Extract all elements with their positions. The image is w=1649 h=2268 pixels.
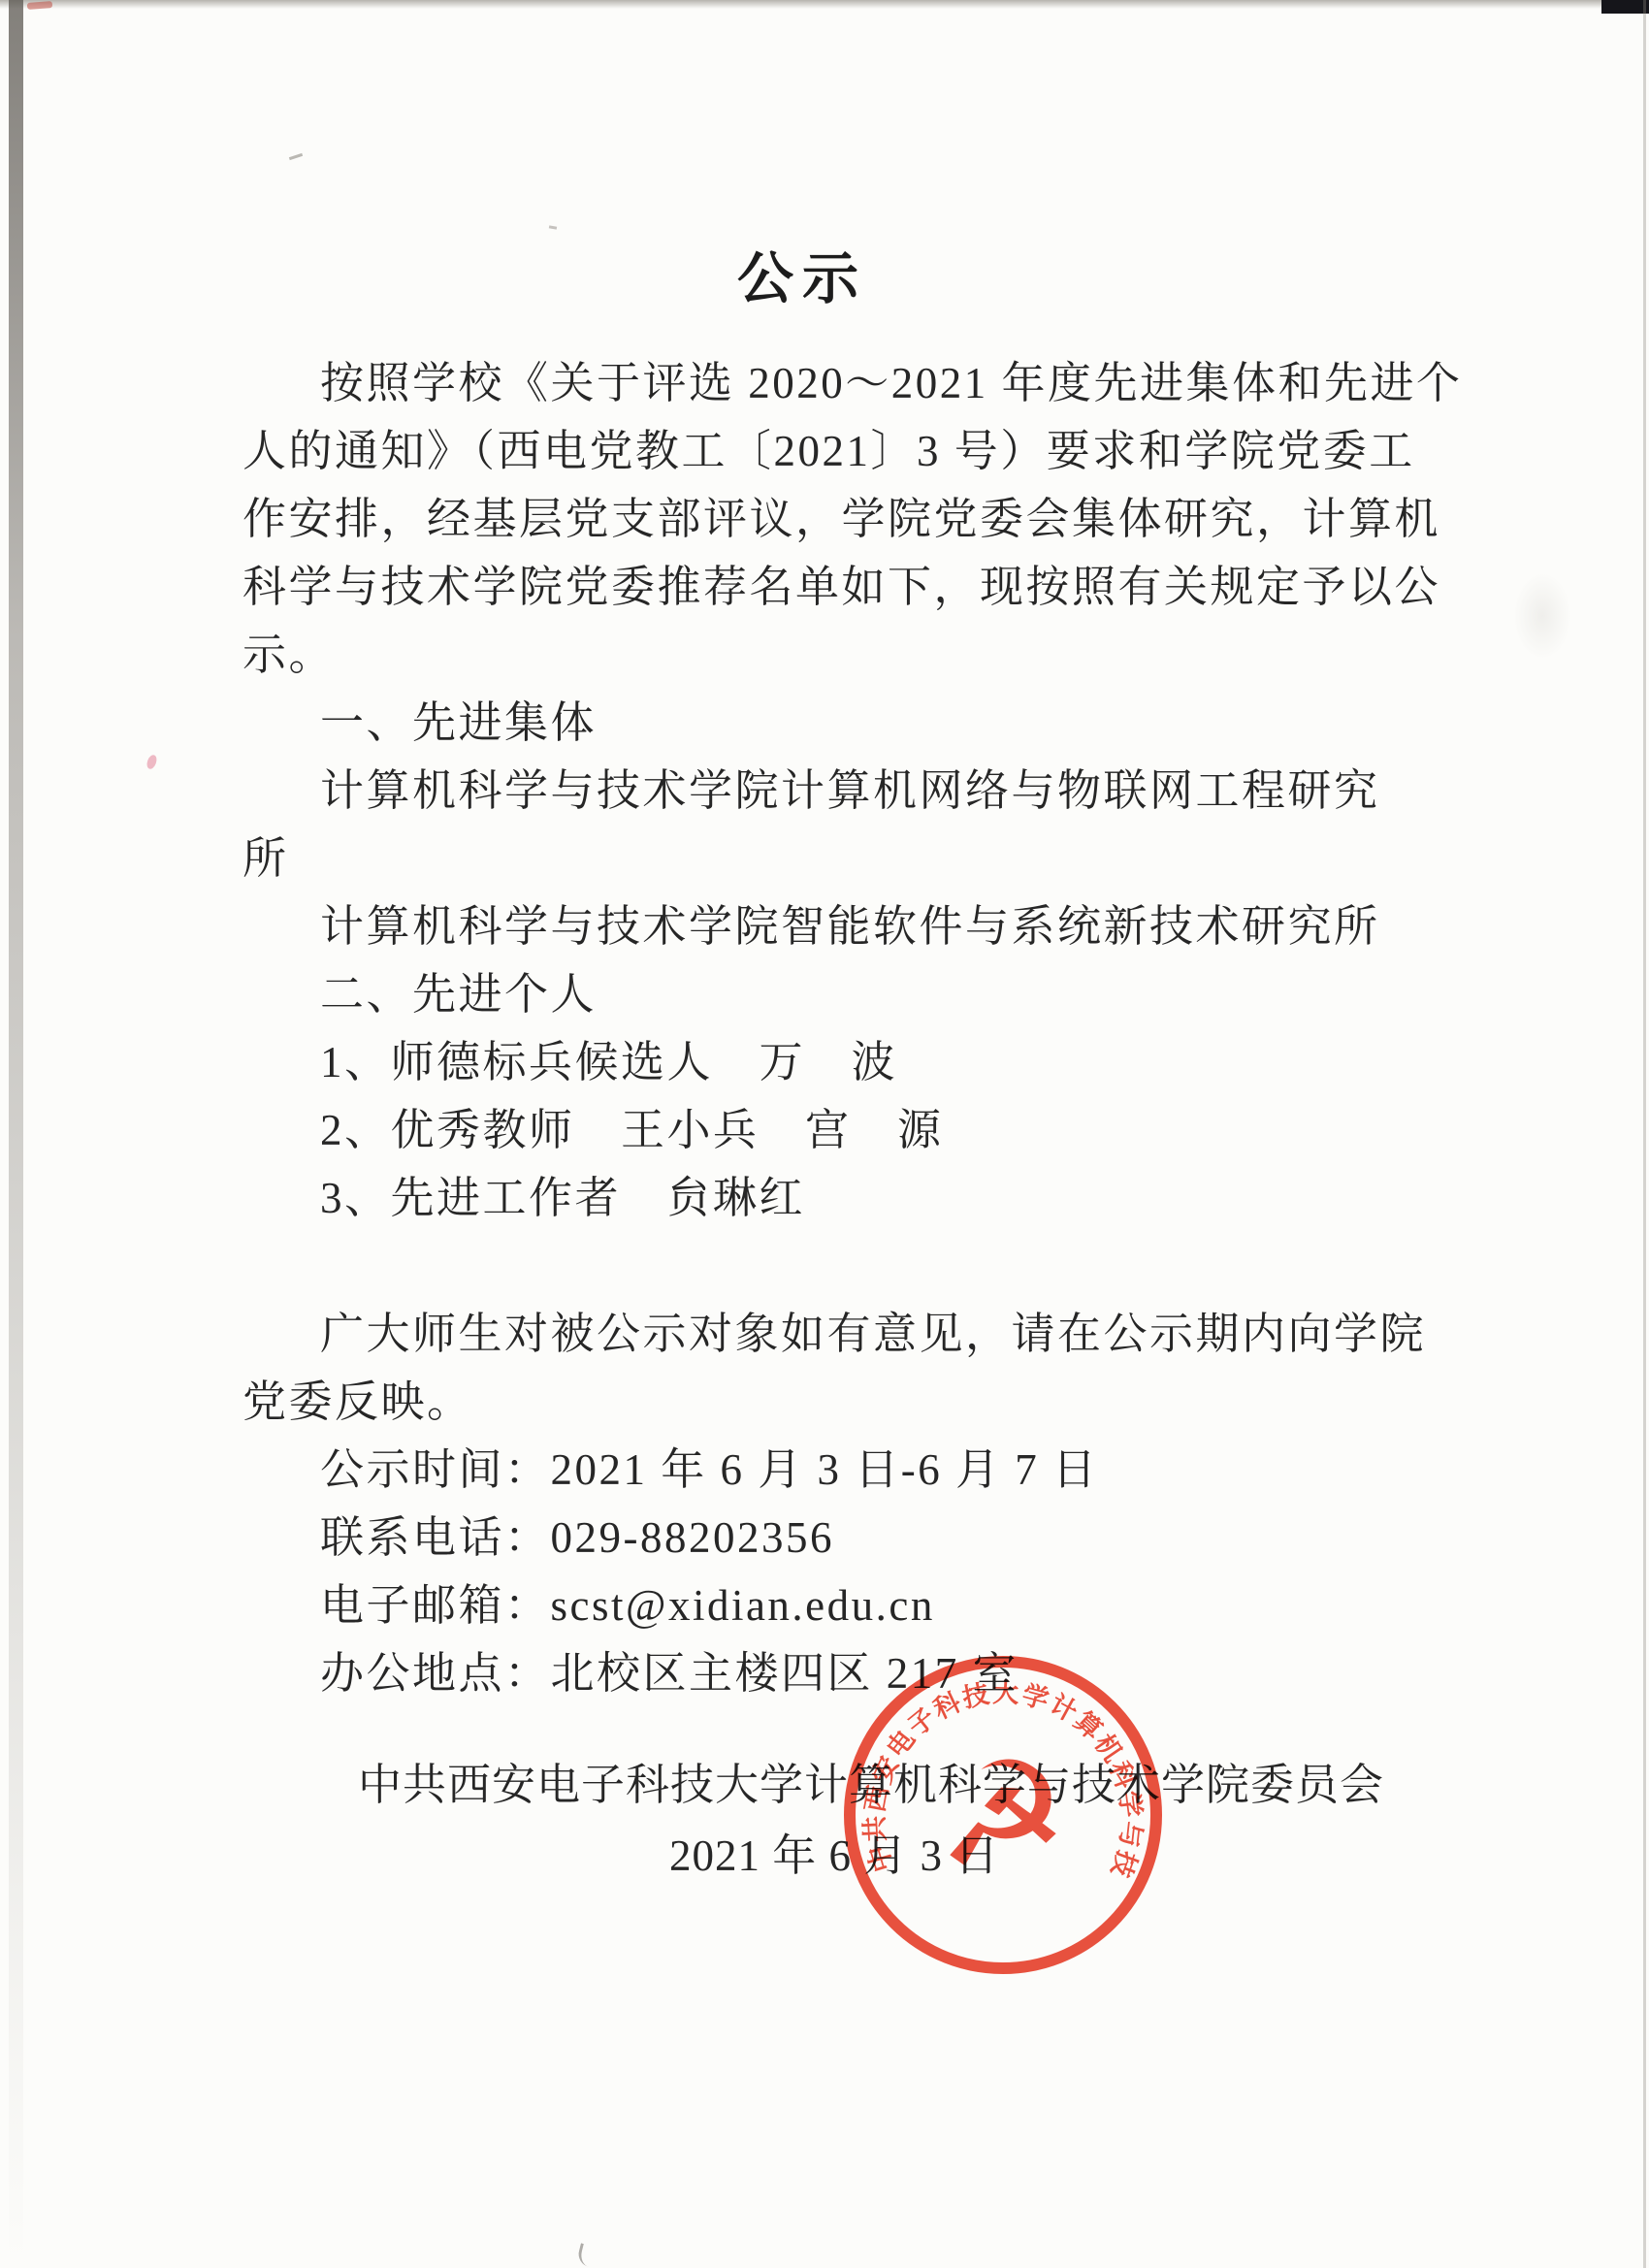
body-line: 示。 bbox=[242, 619, 1416, 679]
body-line: 科学与技术学院党委推荐名单如下，现按照有关规定予以公 bbox=[242, 551, 1416, 611]
section-heading-advanced-collectives: 一、先进集体 bbox=[242, 687, 1494, 747]
publicity-period: 公示时间：2021 年 6 月 3 日-6 月 7 日 bbox=[242, 1434, 1494, 1494]
body-line: 作安排，经基层党支部评议，学院党委会集体研究，计算机 bbox=[242, 483, 1416, 543]
scan-smudge bbox=[1513, 572, 1571, 660]
scan-speck bbox=[549, 225, 557, 229]
feedback-note-wrap: 党委反映。 bbox=[242, 1366, 1416, 1426]
document-title: 公示 bbox=[737, 233, 867, 314]
scan-top-edge-artifact bbox=[0, 0, 1649, 9]
collective-item: 计算机科学与技术学院计算机网络与物联网工程研究 bbox=[242, 755, 1494, 815]
scan-pink-speck bbox=[145, 754, 159, 770]
scanned-announcement-page: 公示 按照学校《关于评选 2020～2021 年度先进集体和先进个 人的通知》（… bbox=[0, 0, 1649, 2268]
scan-left-edge-artifact bbox=[9, 0, 23, 2268]
scan-bottom-mark bbox=[576, 2243, 598, 2267]
feedback-note-line: 广大师生对被公示对象如有意见，请在公示期内向学院 bbox=[242, 1298, 1494, 1358]
contact-phone: 联系电话：029-88202356 bbox=[242, 1502, 1494, 1562]
official-red-seal: 中共西安电子科技大学计算机科学与技术学院委员会 ☭ bbox=[828, 1640, 1178, 1990]
collective-item: 计算机科学与技术学院智能软件与系统新技术研究所 bbox=[242, 891, 1494, 951]
scan-corner-black-mark bbox=[1601, 0, 1649, 14]
scan-speck bbox=[289, 153, 303, 160]
section-heading-advanced-individuals: 二、先进个人 bbox=[242, 958, 1494, 1019]
body-line: 人的通知》（西电党教工〔2021〕3 号）要求和学院党委工 bbox=[242, 415, 1416, 475]
collective-item-wrap: 所 bbox=[242, 823, 1416, 883]
hammer-and-sickle-emblem: ☭ bbox=[938, 1732, 1068, 1900]
individual-item-1: 1、师德标兵候选人 万 波 bbox=[242, 1026, 1494, 1086]
individual-item-2: 2、优秀教师 王小兵 宫 源 bbox=[242, 1094, 1494, 1154]
scan-right-edge-artifact bbox=[1643, 0, 1646, 2268]
scan-red-corner-mark bbox=[27, 1, 52, 10]
body-line: 按照学校《关于评选 2020～2021 年度先进集体和先进个 bbox=[242, 347, 1494, 407]
individual-item-3: 3、先进工作者 贠琳红 bbox=[242, 1162, 1494, 1222]
contact-email: 电子邮箱：scst@xidian.edu.cn bbox=[242, 1570, 1494, 1630]
